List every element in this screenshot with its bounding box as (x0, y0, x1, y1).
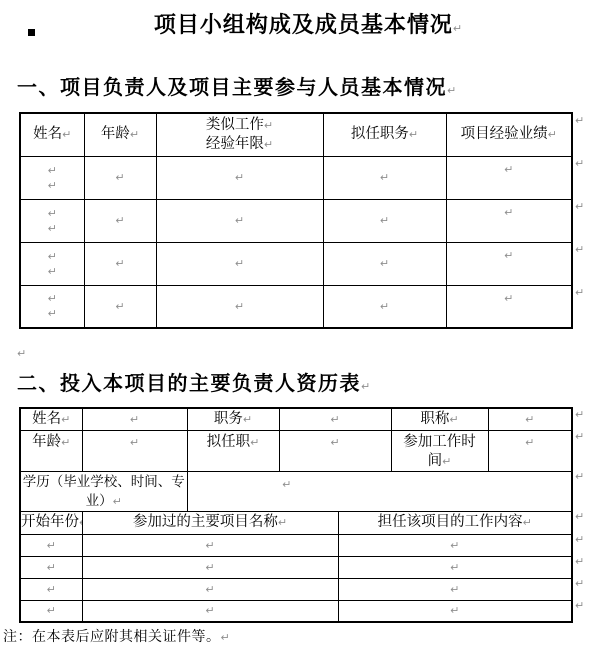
label-cell-name: 姓名↵ (20, 408, 82, 430)
paragraph-mark-icon: ↵ (62, 128, 71, 141)
empty-cell-main-projects[interactable]: ↵ (82, 578, 338, 600)
paragraph-mark-icon: ↵ (330, 436, 339, 449)
paragraph-mark-icon: ↵ (47, 539, 56, 552)
resume-table-header-row: 开始年份↵ 参加过的主要项目名称↵ 担任该项目的工作内容↵ (20, 511, 572, 534)
empty-cell-age[interactable]: ↵ (84, 285, 156, 328)
paragraph-mark-icon: ↵ (450, 561, 459, 574)
paragraph-mark-icon: ↵ (61, 436, 70, 449)
empty-cell-work-start-time-value[interactable]: ↵ (488, 430, 572, 471)
paragraph-mark-icon: ↵ (48, 307, 57, 320)
paragraph-mark-icon: ↵ (264, 119, 273, 132)
header-label: 经验年限 (206, 136, 264, 152)
paragraph-mark-icon: ↵ (380, 257, 389, 270)
paragraph-mark-icon: ↵ (575, 471, 584, 482)
empty-cell-proposed-position-value[interactable]: ↵ (279, 430, 391, 471)
paragraph-mark-icon: ↵ (575, 115, 584, 126)
empty-cell-work-content[interactable]: ↵ (338, 600, 572, 622)
members-table-row: ↵↵ ↵ ↵ ↵ ↵ (20, 285, 572, 328)
paragraph-mark-icon: ↵ (330, 413, 339, 426)
paragraph-mark-icon: ↵ (205, 561, 214, 574)
paragraph-mark-icon: ↵ (575, 244, 584, 255)
paragraph-mark-icon: ↵ (523, 516, 532, 529)
paragraph-mark-icon: ↵ (243, 413, 252, 426)
resume-table-row: 学历（毕业学校、时间、专业）↵ ↵ (20, 471, 572, 511)
paragraph-mark-icon: ↵ (575, 600, 584, 611)
paragraph-mark-icon: ↵ (575, 201, 584, 212)
header-label: 年龄 (101, 126, 130, 142)
header-cell-project-performance: 项目经验业绩↵ (446, 113, 572, 156)
paragraph-mark-icon: ↵ (235, 214, 244, 227)
empty-cell-work-content[interactable]: ↵ (338, 534, 572, 556)
paragraph-mark-icon: ↵ (205, 539, 214, 552)
empty-cell-name[interactable]: ↵↵ (20, 285, 84, 328)
empty-cell-proposed-position[interactable]: ↵ (323, 242, 446, 285)
paragraph-mark-icon: ↵ (115, 300, 124, 313)
resume-table: 姓名↵ ↵ 职务↵ ↵ 职称↵ ↵ 年龄↵ ↵ 拟任职↵ ↵ 参加工作时间↵ ↵… (19, 407, 573, 623)
section1-heading-text: 一、项目负责人及项目主要参与人员基本情况 (17, 75, 447, 99)
header-cell-main-projects: 参加过的主要项目名称↵ (82, 511, 338, 534)
paragraph-mark-icon: ↵ (548, 128, 557, 141)
empty-cell-project-performance[interactable]: ↵ (446, 242, 572, 285)
paragraph-mark-icon: ↵ (278, 516, 287, 529)
empty-cell-start-year[interactable]: ↵ (20, 556, 82, 578)
field-label: 年龄 (32, 434, 61, 450)
resume-table-row: ↵ ↵ ↵ (20, 600, 572, 622)
paragraph-mark-icon: ↵ (450, 583, 459, 596)
empty-cell-proposed-position[interactable]: ↵ (323, 199, 446, 242)
paragraph-mark-icon: ↵ (48, 207, 57, 220)
document-title: 项目小组构成及成员基本情况↵ (0, 13, 616, 38)
paragraph-mark-icon: ↵ (450, 604, 459, 617)
paragraph-mark-icon: ↵ (575, 158, 584, 169)
label-cell-age: 年龄↵ (20, 430, 82, 471)
empty-cell-name-value[interactable]: ↵ (82, 408, 187, 430)
empty-cell-name[interactable]: ↵↵ (20, 199, 84, 242)
header-label: 类似工作 (206, 117, 264, 133)
paragraph-mark-icon: ↵ (130, 436, 139, 449)
label-cell-proposed-position: 拟任职↵ (187, 430, 279, 471)
empty-cell-work-content[interactable]: ↵ (338, 578, 572, 600)
paragraph-mark-icon: ↵ (449, 413, 458, 426)
paragraph-mark-icon: ↵ (47, 561, 56, 574)
section2-heading-text: 二、投入本项目的主要负责人资历表 (17, 371, 361, 395)
paragraph-mark-icon: ↵ (47, 583, 56, 596)
paragraph-mark-icon: ↵ (504, 249, 513, 262)
empty-cell-proposed-position[interactable]: ↵ (323, 285, 446, 328)
header-cell-start-year: 开始年份↵ (20, 511, 82, 534)
paragraph-mark-icon: ↵ (48, 265, 57, 278)
paragraph-mark-icon: ↵ (250, 436, 259, 449)
members-table: 姓名↵ 年龄↵ 类似工作↵经验年限↵ 拟任职务↵ 项目经验业绩↵ ↵↵ ↵ ↵ … (19, 112, 573, 329)
paragraph-mark-icon: ↵ (130, 128, 139, 141)
paragraph-mark-icon: ↵ (504, 292, 513, 305)
header-cell-work-content: 担任该项目的工作内容↵ (338, 511, 572, 534)
field-label: 职称 (420, 411, 449, 427)
empty-cell-education-value[interactable]: ↵ (187, 471, 572, 511)
paragraph-mark-icon: ↵ (115, 171, 124, 184)
document-page: 项目小组构成及成员基本情况↵ 一、项目负责人及项目主要参与人员基本情况↵ 姓名↵… (0, 0, 616, 654)
empty-cell-main-projects[interactable]: ↵ (82, 556, 338, 578)
paragraph-mark-icon: ↵ (205, 583, 214, 596)
empty-cell-similar-work-years[interactable]: ↵ (156, 156, 323, 199)
label-cell-education: 学历（毕业学校、时间、专业）↵ (20, 471, 187, 511)
paragraph-mark-icon: ↵ (380, 214, 389, 227)
resume-table-row: ↵ ↵ ↵ (20, 556, 572, 578)
paragraph-mark-icon: ↵ (575, 556, 584, 567)
paragraph-mark-icon: ↵ (282, 478, 291, 491)
field-label: 学历（毕业学校、时间、专 (23, 474, 185, 489)
header-label: 拟任职务 (351, 126, 409, 142)
resume-table-row: 姓名↵ ↵ 职务↵ ↵ 职称↵ ↵ (20, 408, 572, 430)
paragraph-mark-icon: ↵ (221, 631, 230, 644)
paragraph-mark-icon: ↵ (115, 214, 124, 227)
empty-cell-age[interactable]: ↵ (84, 156, 156, 199)
header-label: 开始年份 (21, 514, 79, 530)
header-cell-age: 年龄↵ (84, 113, 156, 156)
note-text: 注：在本表后应附其相关证件等。↵ (3, 626, 230, 646)
resume-table-row: ↵ ↵ ↵ (20, 534, 572, 556)
paragraph-mark-icon: ↵ (575, 431, 584, 442)
paragraph-mark-icon: ↵ (47, 604, 56, 617)
label-cell-position: 职务↵ (187, 408, 279, 430)
paragraph-mark-icon: ↵ (380, 171, 389, 184)
empty-cell-project-performance[interactable]: ↵ (446, 199, 572, 242)
label-cell-work-start-time: 参加工作时间↵ (391, 430, 488, 471)
paragraph-mark-icon: ↵ (575, 578, 584, 589)
paragraph-mark-icon: ↵ (48, 292, 57, 305)
paragraph-mark-icon: ↵ (235, 171, 244, 184)
paragraph-mark-icon: ↵ (205, 604, 214, 617)
empty-cell-name[interactable]: ↵↵ (20, 242, 84, 285)
resume-table-row: 年龄↵ ↵ 拟任职↵ ↵ 参加工作时间↵ ↵ (20, 430, 572, 471)
members-table-header-row: 姓名↵ 年龄↵ 类似工作↵经验年限↵ 拟任职务↵ 项目经验业绩↵ (20, 113, 572, 156)
empty-cell-work-content[interactable]: ↵ (338, 556, 572, 578)
paragraph-mark-icon: ↵ (48, 222, 57, 235)
members-table-row: ↵↵ ↵ ↵ ↵ ↵ (20, 242, 572, 285)
empty-cell-similar-work-years[interactable]: ↵ (156, 242, 323, 285)
empty-cell-start-year[interactable]: ↵ (20, 578, 82, 600)
header-cell-name: 姓名↵ (20, 113, 84, 156)
members-table-row: ↵↵ ↵ ↵ ↵ ↵ (20, 156, 572, 199)
resume-table-row: ↵ ↵ ↵ (20, 578, 572, 600)
empty-cell-title-value[interactable]: ↵ (488, 408, 572, 430)
paragraph-mark-icon: ↵ (48, 250, 57, 263)
document-title-text: 项目小组构成及成员基本情况 (154, 13, 453, 38)
label-cell-title: 职称↵ (391, 408, 488, 430)
paragraph-mark-icon: ↵ (504, 163, 513, 176)
empty-cell-similar-work-years[interactable]: ↵ (156, 285, 323, 328)
paragraph-mark-icon: ↵ (442, 455, 451, 468)
field-label: 职务 (214, 411, 243, 427)
paragraph-mark-icon: ↵ (525, 413, 534, 426)
empty-cell-age[interactable]: ↵ (84, 199, 156, 242)
paragraph-mark-icon: ↵ (113, 495, 122, 508)
paragraph-mark-icon: ↵ (453, 22, 462, 35)
paragraph-mark-icon: ↵ (450, 539, 459, 552)
paragraph-mark-icon: ↵ (575, 409, 584, 420)
paragraph-mark-icon: ↵ (575, 287, 584, 298)
members-table-row: ↵↵ ↵ ↵ ↵ ↵ (20, 199, 572, 242)
paragraph-mark-icon: ↵ (504, 206, 513, 219)
note-text-content: 注：在本表后应附其相关证件等。 (3, 630, 221, 645)
section2-heading: 二、投入本项目的主要负责人资历表↵ (17, 371, 370, 395)
paragraph-mark-icon: ↵ (130, 413, 139, 426)
field-label: 间 (428, 453, 443, 469)
header-label: 担任该项目的工作内容 (378, 514, 523, 530)
field-label: 姓名 (32, 411, 61, 427)
empty-cell-main-projects[interactable]: ↵ (82, 534, 338, 556)
header-label: 参加过的主要项目名称 (133, 514, 278, 530)
paragraph-mark-icon: ↵ (361, 380, 370, 393)
paragraph-mark-icon: ↵ (525, 436, 534, 449)
empty-cell-start-year[interactable]: ↵ (20, 534, 82, 556)
empty-cell-proposed-position[interactable]: ↵ (323, 156, 446, 199)
empty-cell-name[interactable]: ↵↵ (20, 156, 84, 199)
section1-heading: 一、项目负责人及项目主要参与人员基本情况↵ (17, 75, 456, 99)
paragraph-mark-icon: ↵ (447, 84, 456, 97)
paragraph-mark-icon: ↵ (264, 138, 273, 151)
empty-cell-age-value[interactable]: ↵ (82, 430, 187, 471)
paragraph-mark-icon: ↵ (409, 128, 418, 141)
paragraph-mark-icon: ↵ (575, 534, 584, 545)
empty-cell-main-projects[interactable]: ↵ (82, 600, 338, 622)
empty-cell-project-performance[interactable]: ↵ (446, 156, 572, 199)
field-label: 拟任职 (207, 434, 251, 450)
paragraph-mark-icon: ↵ (575, 511, 584, 522)
paragraph-mark-icon: ↵ (235, 257, 244, 270)
header-cell-proposed-position: 拟任职务↵ (323, 113, 446, 156)
paragraph-mark-icon: ↵ (115, 257, 124, 270)
field-label: 业） (86, 493, 113, 508)
header-label: 姓名 (33, 126, 62, 142)
empty-cell-age[interactable]: ↵ (84, 242, 156, 285)
paragraph-mark-icon: ↵ (17, 348, 26, 359)
paragraph-mark-icon: ↵ (235, 300, 244, 313)
paragraph-mark-icon: ↵ (48, 179, 57, 192)
header-cell-similar-work-years: 类似工作↵经验年限↵ (156, 113, 323, 156)
empty-cell-start-year[interactable]: ↵ (20, 600, 82, 622)
empty-cell-similar-work-years[interactable]: ↵ (156, 199, 323, 242)
empty-cell-position-value[interactable]: ↵ (279, 408, 391, 430)
paragraph-mark-icon: ↵ (380, 300, 389, 313)
paragraph-mark-icon: ↵ (61, 413, 70, 426)
paragraph-mark-icon: ↵ (48, 164, 57, 177)
empty-cell-project-performance[interactable]: ↵ (446, 285, 572, 328)
field-label: 参加工作时 (403, 434, 476, 450)
header-label: 项目经验业绩 (461, 126, 548, 142)
